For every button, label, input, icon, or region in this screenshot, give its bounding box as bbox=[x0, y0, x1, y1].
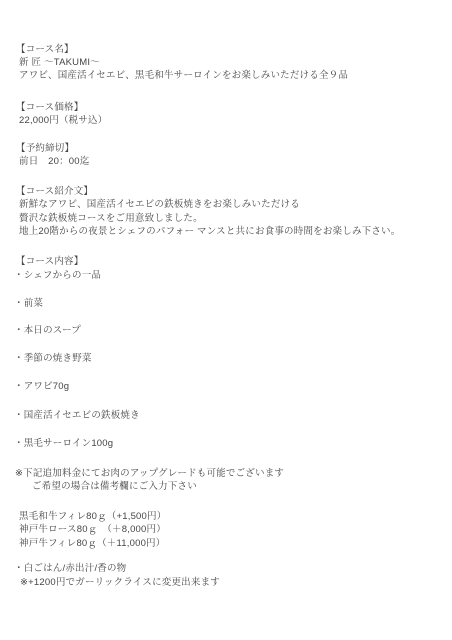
course-price-value: 22,000円（税サ込） bbox=[19, 115, 107, 127]
course-intro-heading: 【コース紹介文】 bbox=[16, 186, 93, 198]
menu-item-rice-set: ・白ごはん/赤出汁/香の物 bbox=[14, 563, 126, 575]
course-intro-line-3: 地上20階からの夜景とシェフのパフォー マンスと共にお食事の時間をお楽しみ下さい… bbox=[19, 226, 400, 238]
menu-item-grilled-vegetables: ・季節の焼き野菜 bbox=[14, 353, 92, 365]
upgrade-option-kobe-fillet: 神戸牛フィレ80ｇ（＋11,000円） bbox=[19, 538, 165, 550]
rice-upgrade-note: ※+1200円でガーリックライスに変更出来ます bbox=[20, 577, 220, 589]
upgrade-note-line-1: ※下記追加料金にてお肉のアップグレードも可能でございます bbox=[15, 468, 284, 480]
menu-item-sirloin: ・黒毛サーロイン100g bbox=[14, 438, 113, 450]
menu-item-soup: ・本日のスープ bbox=[14, 325, 81, 337]
menu-item-chef-dish: ・シェフからの一品 bbox=[14, 270, 101, 282]
course-name-heading: 【コース名】 bbox=[16, 44, 74, 56]
upgrade-note-line-2: ご希望の場合は備考欄にご入力下さい bbox=[32, 481, 197, 493]
upgrade-option-wagyu-fillet: 黒毛和牛フィレ80ｇ（+1,500円） bbox=[19, 511, 166, 523]
reservation-deadline-value: 前日 20：00迄 bbox=[19, 156, 89, 168]
menu-item-appetizer: ・前菜 bbox=[14, 298, 43, 310]
course-price-heading: 【コース価格】 bbox=[16, 102, 83, 114]
menu-document-page: 【コース名】 新 匠 ～TAKUMI～ アワビ、国産活イセエビ、黒毛和牛サーロイ… bbox=[0, 0, 452, 640]
course-description: アワビ、国産活イセエビ、黒毛和牛サーロインをお楽しみいただける全９品 bbox=[19, 70, 348, 82]
course-contents-heading: 【コース内容】 bbox=[16, 256, 83, 268]
reservation-deadline-heading: 【予約締切】 bbox=[16, 143, 74, 155]
menu-item-abalone: ・アワビ70g bbox=[14, 381, 69, 393]
upgrade-option-kobe-loin: 神戸牛ロース80ｇ （＋8,000円） bbox=[19, 524, 166, 536]
course-intro-line-2: 贅沢な鉄板焼コースをご用意致しました。 bbox=[19, 213, 203, 225]
course-intro-line-1: 新鮮なアワビ、国産活イセエビの鉄板焼きをお楽しみいただける bbox=[19, 199, 300, 211]
menu-item-lobster-teppanyaki: ・国産活イセエビの鉄板焼き bbox=[14, 410, 140, 422]
course-name: 新 匠 ～TAKUMI～ bbox=[19, 57, 100, 69]
